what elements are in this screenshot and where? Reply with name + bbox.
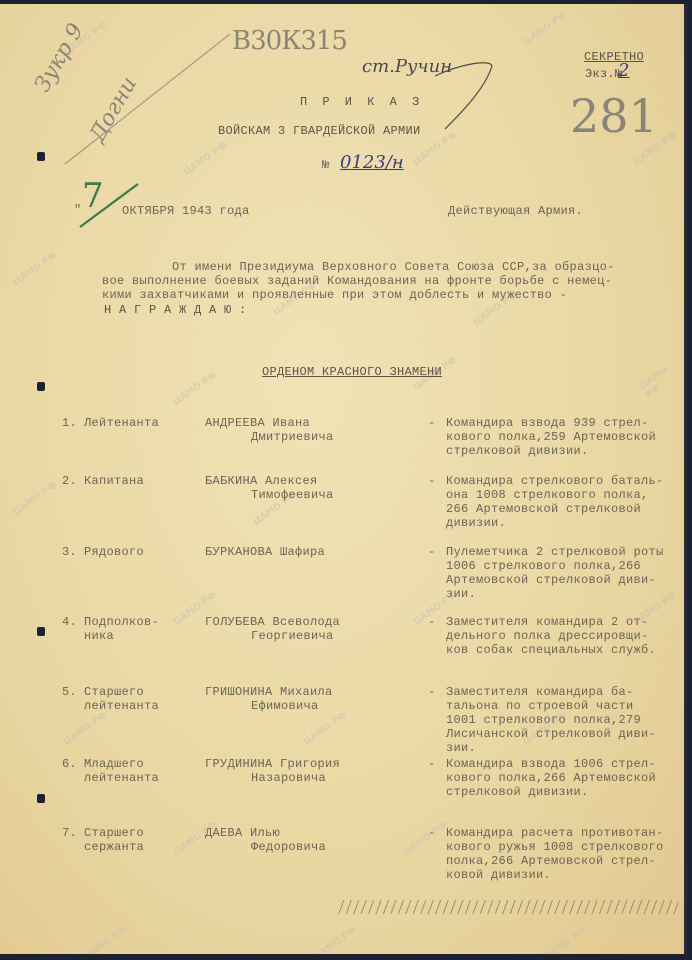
entry-rank-line: ника: [84, 629, 159, 643]
watermark: ЦАМО РФ: [542, 925, 589, 954]
entry-rank-line: Капитана: [84, 474, 144, 488]
entry-position: Пулеметчика 2 стрелковой роты1006 стрелк…: [446, 545, 664, 601]
order-number: 0123/н: [340, 152, 404, 173]
entry-position-line: Лисичанской стрелковой диви-: [446, 727, 656, 741]
entry-surname-line: БАБКИНА Алексея: [205, 474, 334, 488]
entry-position-line: кового полка,259 Артемовской: [446, 430, 656, 444]
sheet-number: 281: [570, 89, 658, 143]
entry-dash: -: [428, 474, 436, 488]
entry-position-line: тальона по строевой части: [446, 699, 656, 713]
punch-hole: [37, 152, 45, 161]
entry-number: 7.: [62, 826, 77, 840]
preamble-award-verb: Н А Г Р А Ж Д А Ю :: [104, 303, 247, 317]
entry-position-line: 1001 стрелкового полка,279: [446, 713, 656, 727]
entry-number: 1.: [62, 416, 77, 430]
watermark: ЦАМО РФ: [82, 925, 129, 954]
entry-rank: Лейтенанта: [84, 416, 159, 430]
award-heading: ОРДЕНОМ КРАСНОГО ЗНАМЕНИ: [262, 365, 442, 379]
entry-position-line: Командира взвода 939 стрел-: [446, 416, 656, 430]
entry-position: Заместителя командира ба-тальона по стро…: [446, 685, 656, 755]
entry-position-line: стрелковой дивизии.: [446, 785, 656, 799]
watermark: ЦАМО РФ: [638, 358, 686, 400]
entry-position-line: ков собак специальных служб.: [446, 643, 656, 657]
entry-dash: -: [428, 757, 436, 771]
entry-patronymic-line: Тимофеевича: [205, 488, 334, 502]
watermark: ЦАМО РФ: [312, 925, 359, 954]
entry-position-line: Артемовской стрелковой диви-: [446, 573, 664, 587]
watermark: ЦАМО РФ: [62, 710, 109, 747]
entry-number: 4.: [62, 615, 77, 629]
preamble-line-2: вое выполнение боевых заданий Командован…: [102, 274, 612, 288]
entry-position-line: Заместителя командира ба-: [446, 685, 656, 699]
entry-position: Заместителя командира 2 от-дельного полк…: [446, 615, 656, 657]
watermark: ЦАМО РФ: [302, 710, 349, 747]
watermark: ЦАМО РФ: [522, 10, 569, 47]
document-page: ЦАМО РФ ЦАМО РФ ЦАМО РФ ЦАМО РФ ЦАМО РФ …: [0, 4, 687, 954]
entry-rank-line: лейтенанта: [84, 771, 159, 785]
entry-rank: Старшеголейтенанта: [84, 685, 159, 713]
signature-stroke: [430, 54, 500, 134]
entry-rank: Старшегосержанта: [84, 826, 144, 854]
entry-surname-line: АНДРЕЕВА Ивана: [205, 416, 334, 430]
entry-surname-line: ДАЕВА Илью: [205, 826, 326, 840]
entry-patronymic-line: Ефимовича: [205, 699, 333, 713]
copy-number: 2: [618, 60, 629, 81]
punch-hole: [37, 794, 45, 803]
entry-number: 3.: [62, 545, 77, 559]
entry-position-line: кового полка,266 Артемовской: [446, 771, 656, 785]
watermark: ЦАМО РФ: [12, 250, 59, 287]
entry-rank: Младшеголейтенанта: [84, 757, 159, 785]
entry-position: Командира стрелкового баталь-она 1008 ст…: [446, 474, 664, 530]
order-number-label: №: [322, 158, 330, 172]
entry-number: 5.: [62, 685, 77, 699]
entry-position-line: зии.: [446, 741, 656, 755]
entry-surname-line: ГРУДИНИНА Григория: [205, 757, 340, 771]
watermark: ЦАМО РФ: [402, 820, 449, 857]
entry-position-line: она 1008 стрелкового полка,: [446, 488, 664, 502]
entry-position: Командира расчета противотан-кового ружь…: [446, 826, 664, 882]
entry-patronymic-line: Дмитриевича: [205, 430, 334, 444]
entry-rank: Рядового: [84, 545, 144, 559]
entry-rank-line: Рядового: [84, 545, 144, 559]
entry-dash: -: [428, 615, 436, 629]
preamble-line-3: кими захватчиками и проявленные при этом…: [102, 288, 567, 302]
entry-surname-line: БУРКАНОВА Шафира: [205, 545, 325, 559]
entry-surname-line: ГОЛУБЕВА Всеволода: [205, 615, 340, 629]
entry-number: 2.: [62, 474, 77, 488]
entry-position-line: дельного полка дрессировщи-: [446, 629, 656, 643]
entry-name: БАБКИНА АлексеяТимофеевича: [205, 474, 334, 502]
entry-position-line: Командира расчета противотан-: [446, 826, 664, 840]
entry-name: АНДРЕЕВА ИванаДмитриевича: [205, 416, 334, 444]
entry-rank-line: Лейтенанта: [84, 416, 159, 430]
entry-position-line: Заместителя командира 2 от-: [446, 615, 656, 629]
entry-rank-line: Младшего: [84, 757, 159, 771]
entry-dash: -: [428, 826, 436, 840]
document-subtitle: ВОЙСКАМ 3 ГВАРДЕЙСКОЙ АРМИИ: [218, 124, 421, 138]
entry-dash: -: [428, 545, 436, 559]
location: Действующая Армия.: [448, 204, 583, 218]
entry-rank-line: Старшего: [84, 826, 144, 840]
entry-position-line: кового ружья 1008 стрелкового: [446, 840, 664, 854]
entry-number: 6.: [62, 757, 77, 771]
entry-position-line: Командира взвода 1006 стрел-: [446, 757, 656, 771]
entry-position-line: полка,266 Артемовской стрел-: [446, 854, 664, 868]
entry-position: Командира взвода 939 стрел-кового полка,…: [446, 416, 656, 458]
entry-position-line: 1006 стрелкового полка,266: [446, 559, 664, 573]
document-title: П Р И К А З: [300, 95, 423, 109]
entry-patronymic-line: Федоровича: [205, 840, 326, 854]
entry-dash: -: [428, 685, 436, 699]
entry-rank: Капитана: [84, 474, 144, 488]
watermark: ЦАМО РФ: [12, 480, 59, 517]
punch-hole: [37, 627, 45, 636]
entry-name: БУРКАНОВА Шафира: [205, 545, 325, 559]
pencil-note-top: В30К315: [232, 26, 347, 56]
preamble-line-1: От имени Президиума Верховного Совета Со…: [172, 260, 615, 274]
entry-position-line: стрелковой дивизии.: [446, 444, 656, 458]
copy-label: Экз.№: [585, 67, 623, 81]
watermark: ЦАМО РФ: [172, 370, 219, 407]
entry-rank-line: Старшего: [84, 685, 159, 699]
entry-rank-line: лейтенанта: [84, 699, 159, 713]
entry-position-line: дивизии.: [446, 516, 664, 530]
entry-name: ГРУДИНИНА ГригорияНазаровича: [205, 757, 340, 785]
entry-patronymic-line: Назаровича: [205, 771, 340, 785]
entry-position-line: Пулеметчика 2 стрелковой роты: [446, 545, 664, 559]
entry-surname-line: ГРИШОНИНА Михаила: [205, 685, 333, 699]
entry-rank: Подполков-ника: [84, 615, 159, 643]
entry-name: ГОЛУБЕВА ВсеволодаГеоргиевича: [205, 615, 340, 643]
pencil-strike-line: [60, 29, 240, 169]
entry-name: ДАЕВА ИльюФедоровича: [205, 826, 326, 854]
entry-name: ГРИШОНИНА МихаилаЕфимовича: [205, 685, 333, 713]
punch-hole: [37, 382, 45, 391]
entry-position-line: 266 Артемовской стрелковой: [446, 502, 664, 516]
entry-patronymic-line: Георгиевича: [205, 629, 340, 643]
entry-position-line: ковой дивизии.: [446, 868, 664, 882]
end-hatching: [338, 900, 678, 914]
date-text: ОКТЯБРЯ 1943 года: [122, 204, 250, 218]
entry-rank-line: Подполков-: [84, 615, 159, 629]
entry-position-line: зии.: [446, 587, 664, 601]
entry-position: Командира взвода 1006 стрел-кового полка…: [446, 757, 656, 799]
classification-label: СЕКРЕТНО: [584, 50, 644, 64]
entry-rank-line: сержанта: [84, 840, 144, 854]
entry-position-line: Командира стрелкового баталь-: [446, 474, 664, 488]
entry-dash: -: [428, 416, 436, 430]
